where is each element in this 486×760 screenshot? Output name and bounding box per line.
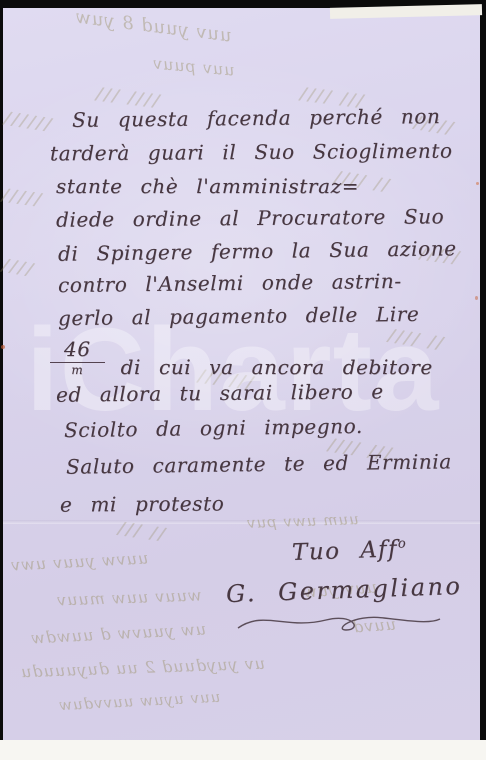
closing-superscript: o (398, 536, 408, 551)
letter-line-text: di cui va ancora debitore (121, 355, 433, 379)
scanned-letter-photo: uuv yuud 8 yuw uuv puuv uum uwv puv uuvw… (0, 0, 486, 760)
foxing-speck (1, 345, 5, 349)
letter-line: stante chè l'amministraz= (56, 174, 359, 198)
letter-line: gerlo al pagamento delle Lire (58, 302, 420, 330)
letter-line: e mi protesto (60, 491, 225, 516)
letter-line: Sciolto da ogni impegno. (64, 414, 363, 442)
underlined-amount: 46 m (50, 337, 105, 375)
letter-line-with-amount: 46 m di cui va ancora debitore (50, 337, 433, 379)
amount-insertion: m (50, 365, 105, 375)
letter-line: Su questa facenda perché non (72, 104, 441, 132)
letter-line: contro l'Anselmi onde astrin- (58, 269, 402, 297)
foxing-speck (476, 182, 479, 185)
letter-line: ed allora tu sarai libero e (56, 379, 384, 406)
foxing-speck (475, 296, 478, 300)
scan-backing-bottom-strip (0, 740, 486, 760)
letter-line: diede ordine al Procuratore Suo (56, 204, 444, 231)
letter-closing: Tuo Affo (292, 536, 408, 566)
letter-line: tarderà guari il Suo Scioglimento (50, 139, 453, 166)
amount-value: 46 (50, 337, 105, 363)
signature-flourish (234, 606, 444, 636)
closing-text: Tuo Aff (292, 536, 399, 566)
